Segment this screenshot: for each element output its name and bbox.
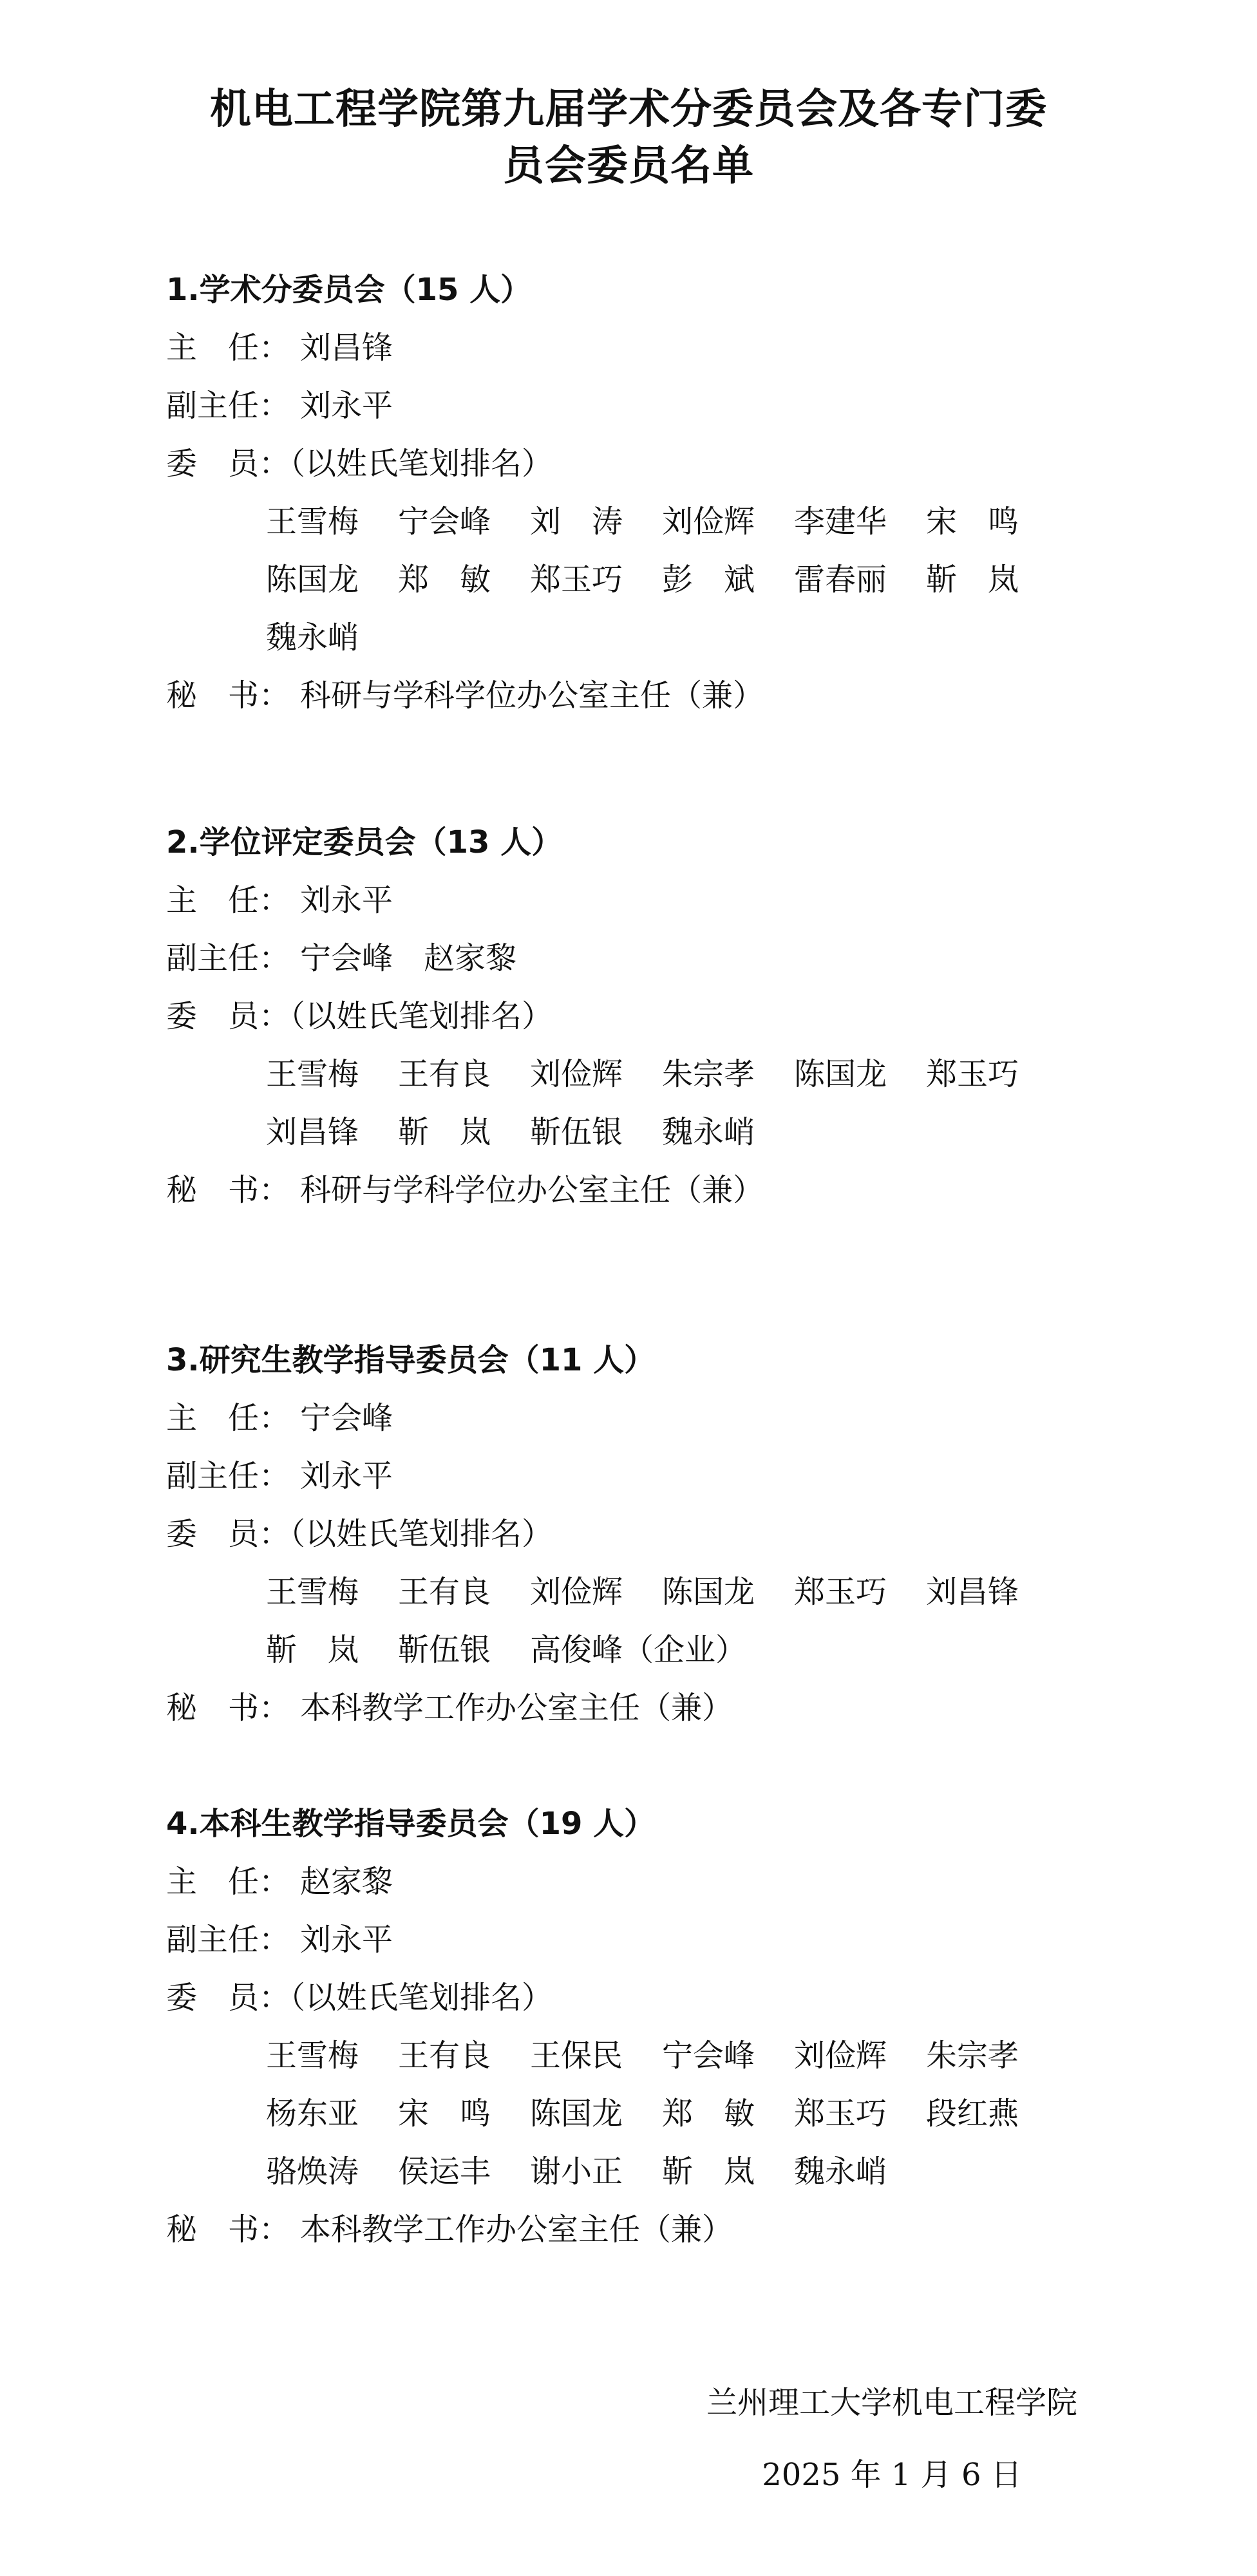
member-row: 杨东亚宋 鸣陈国龙郑 敏郑玉巧段红燕 [166, 2085, 1132, 2143]
member-name: 郑 敏 [398, 551, 530, 609]
member-name: 王雪梅 [266, 1563, 398, 1621]
member-name: 刘俭辉 [794, 2027, 926, 2085]
member-name: 王有良 [398, 2027, 530, 2085]
member-name: 陈国龙 [662, 1563, 794, 1621]
deputy-name: 宁会峰 赵家黎 [300, 940, 516, 976]
member-row: 王雪梅王有良王保民宁会峰刘俭辉朱宗孝 [166, 2027, 1132, 2085]
member-row: 靳 岚靳伍银高俊峰（企业） [166, 1621, 1132, 1679]
deputy-name: 刘永平 [300, 388, 393, 424]
member-name: 魏永峭 [662, 1103, 794, 1161]
secretary-row: 秘 书：本科教学工作办公室主任（兼） [166, 2201, 1132, 2259]
member-name: 朱宗孝 [926, 2027, 1058, 2085]
member-name: 靳 岚 [266, 1621, 398, 1679]
member-name: 靳 岚 [926, 551, 1058, 609]
member-name: 刘昌锋 [926, 1563, 1058, 1621]
signature-date: 2025 年 1 月 6 日 [644, 2450, 1140, 2494]
member-name: 陈国龙 [530, 2085, 662, 2143]
member-name: 郑玉巧 [794, 2085, 926, 2143]
section-degree-committee: 2.学位评定委员会（13 人） 主 任：刘永平 副主任：宁会峰 赵家黎 委 员：… [166, 813, 1132, 1219]
member-name: 雷春丽 [794, 551, 926, 609]
member-name: 宋 鸣 [398, 2085, 530, 2143]
director-label: 主 任： [166, 1389, 300, 1447]
director-name: 宁会峰 [300, 1400, 393, 1436]
member-row: 王雪梅宁会峰刘 涛刘俭辉李建华宋 鸣 [166, 493, 1132, 551]
secretary-row: 秘 书：科研与学科学位办公室主任（兼） [166, 667, 1132, 724]
member-name: 高俊峰（企业） [530, 1632, 746, 1668]
deputy-label: 副主任： [166, 377, 300, 435]
section-heading: 4.本科生教学指导委员会（19 人） [166, 1795, 1132, 1853]
members-label: 委 员：（以姓氏笔划排名） [166, 987, 1132, 1045]
member-name: 王保民 [530, 2027, 662, 2085]
member-name: 靳伍银 [530, 1103, 662, 1161]
secretary-label: 秘 书： [166, 2201, 300, 2259]
section-heading: 1.学术分委员会（15 人） [166, 261, 1132, 319]
secretary-row: 秘 书：本科教学工作办公室主任（兼） [166, 1679, 1132, 1737]
secretary-label: 秘 书： [166, 1679, 300, 1737]
member-name: 刘俭辉 [530, 1563, 662, 1621]
secretary-value: 科研与学科学位办公室主任（兼） [300, 1172, 764, 1208]
member-row: 魏永峭 [166, 609, 1132, 667]
deputy-row: 副主任：刘永平 [166, 377, 1132, 435]
member-name: 刘昌锋 [266, 1103, 398, 1161]
member-row: 刘昌锋靳 岚靳伍银魏永峭 [166, 1103, 1132, 1161]
director-row: 主 任：宁会峰 [166, 1389, 1132, 1447]
member-name: 王有良 [398, 1563, 530, 1621]
section-graduate-teaching-committee: 3.研究生教学指导委员会（11 人） 主 任：宁会峰 副主任：刘永平 委 员：（… [166, 1331, 1132, 1737]
member-name: 靳 岚 [398, 1103, 530, 1161]
director-label: 主 任： [166, 1853, 300, 1911]
director-row: 主 任：刘昌锋 [166, 319, 1132, 377]
deputy-row: 副主任：宁会峰 赵家黎 [166, 929, 1132, 987]
deputy-label: 副主任： [166, 929, 300, 987]
director-name: 刘永平 [300, 882, 393, 918]
member-name: 陈国龙 [794, 1045, 926, 1103]
director-row: 主 任：赵家黎 [166, 1853, 1132, 1911]
members-label: 委 员：（以姓氏笔划排名） [166, 435, 1132, 493]
member-name: 王雪梅 [266, 1045, 398, 1103]
member-name: 王雪梅 [266, 2027, 398, 2085]
deputy-name: 刘永平 [300, 1458, 393, 1494]
secretary-value: 科研与学科学位办公室主任（兼） [300, 677, 764, 714]
member-name: 陈国龙 [266, 551, 398, 609]
member-name: 朱宗孝 [662, 1045, 794, 1103]
deputy-label: 副主任： [166, 1447, 300, 1505]
section-heading: 2.学位评定委员会（13 人） [166, 813, 1132, 871]
member-name: 段红燕 [926, 2085, 1058, 2143]
member-name: 魏永峭 [266, 609, 398, 667]
deputy-row: 副主任：刘永平 [166, 1911, 1132, 1969]
secretary-label: 秘 书： [166, 1161, 300, 1219]
member-name: 宋 鸣 [926, 493, 1058, 551]
member-row: 王雪梅王有良刘俭辉陈国龙郑玉巧刘昌锋 [166, 1563, 1132, 1621]
member-name: 魏永峭 [794, 2143, 926, 2201]
deputy-row: 副主任：刘永平 [166, 1447, 1132, 1505]
director-name: 赵家黎 [300, 1864, 393, 1900]
member-name: 李建华 [794, 493, 926, 551]
document-title: 机电工程学院第九届学术分委员会及各专门委 员会委员名单 [0, 81, 1257, 194]
member-row: 陈国龙郑 敏郑玉巧彭 斌雷春丽靳 岚 [166, 551, 1132, 609]
member-name: 郑玉巧 [926, 1045, 1058, 1103]
member-name: 骆焕涛 [266, 2143, 398, 2201]
member-row: 骆焕涛侯运丰谢小正靳 岚魏永峭 [166, 2143, 1132, 2201]
member-name: 刘俭辉 [530, 1045, 662, 1103]
member-row: 王雪梅王有良刘俭辉朱宗孝陈国龙郑玉巧 [166, 1045, 1132, 1103]
member-name: 靳 岚 [662, 2143, 794, 2201]
member-name: 谢小正 [530, 2143, 662, 2201]
title-line-2: 员会委员名单 [0, 138, 1257, 194]
members-label: 委 员：（以姓氏笔划排名） [166, 1505, 1132, 1563]
section-undergraduate-teaching-committee: 4.本科生教学指导委员会（19 人） 主 任：赵家黎 副主任：刘永平 委 员：（… [166, 1795, 1132, 2259]
member-name: 郑玉巧 [794, 1563, 926, 1621]
director-name: 刘昌锋 [300, 330, 393, 366]
director-row: 主 任：刘永平 [166, 871, 1132, 929]
title-line-1: 机电工程学院第九届学术分委员会及各专门委 [0, 81, 1257, 138]
member-name: 杨东亚 [266, 2085, 398, 2143]
signature-organization: 兰州理工大学机电工程学院 [644, 2378, 1140, 2422]
secretary-row: 秘 书：科研与学科学位办公室主任（兼） [166, 1161, 1132, 1219]
member-name: 彭 斌 [662, 551, 794, 609]
member-name: 侯运丰 [398, 2143, 530, 2201]
secretary-value: 本科教学工作办公室主任（兼） [300, 2211, 733, 2248]
member-name: 宁会峰 [398, 493, 530, 551]
secretary-value: 本科教学工作办公室主任（兼） [300, 1690, 733, 1726]
director-label: 主 任： [166, 871, 300, 929]
secretary-label: 秘 书： [166, 667, 300, 724]
member-name: 郑 敏 [662, 2085, 794, 2143]
member-name: 刘 涛 [530, 493, 662, 551]
member-name: 宁会峰 [662, 2027, 794, 2085]
members-label: 委 员：（以姓氏笔划排名） [166, 1969, 1132, 2027]
member-name: 王有良 [398, 1045, 530, 1103]
member-name: 刘俭辉 [662, 493, 794, 551]
member-name: 郑玉巧 [530, 551, 662, 609]
section-academic-committee: 1.学术分委员会（15 人） 主 任：刘昌锋 副主任：刘永平 委 员：（以姓氏笔… [166, 261, 1132, 724]
deputy-label: 副主任： [166, 1911, 300, 1969]
member-name: 王雪梅 [266, 493, 398, 551]
member-name: 靳伍银 [398, 1621, 530, 1679]
deputy-name: 刘永平 [300, 1922, 393, 1958]
director-label: 主 任： [166, 319, 300, 377]
section-heading: 3.研究生教学指导委员会（11 人） [166, 1331, 1132, 1389]
